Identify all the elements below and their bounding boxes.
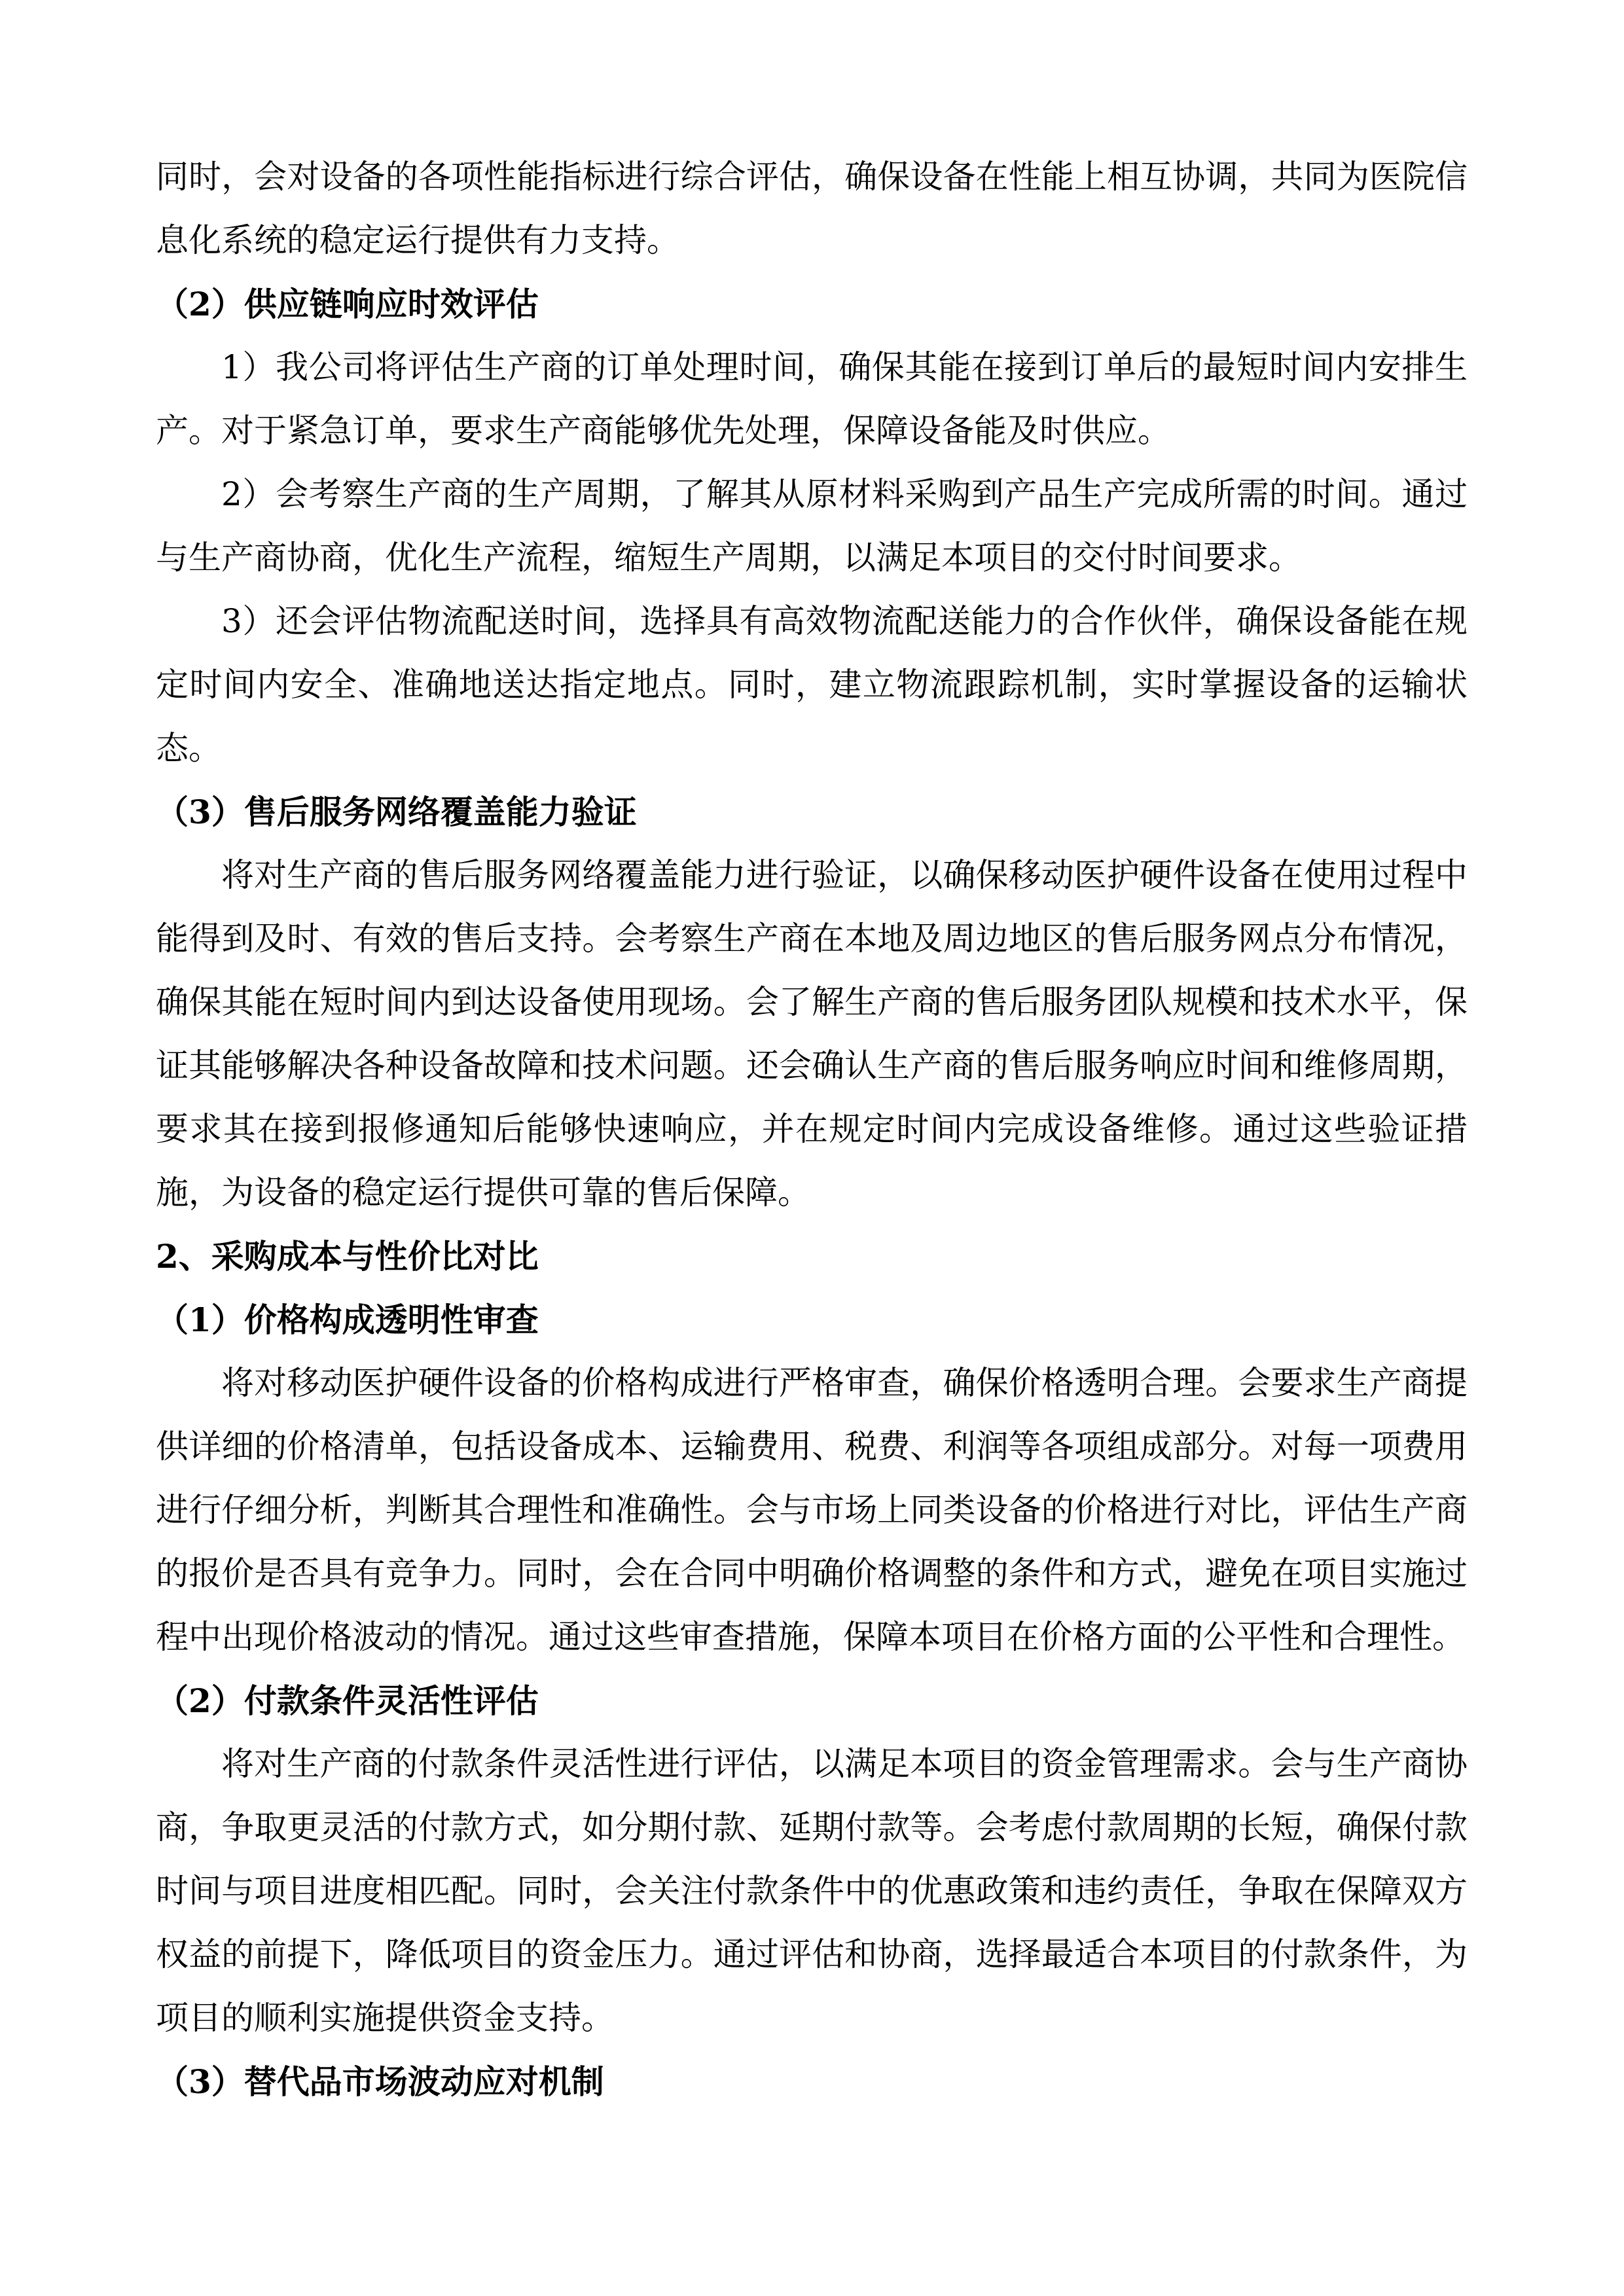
- section-heading-payment-terms: （2）付款条件灵活性评估: [156, 1669, 1468, 1732]
- section-heading-after-sales-network: （3）售后服务网络覆盖能力验证: [156, 780, 1468, 844]
- section-heading-supply-chain-response: （2）供应链响应时效评估: [156, 272, 1468, 336]
- document-body: 同时，会对设备的各项性能指标进行综合评估，确保设备在性能上相互协调，共同为医院信…: [156, 145, 1468, 2113]
- paragraph-price-review: 将对移动医护硬件设备的价格构成进行严格审查，确保价格透明合理。会要求生产商提供详…: [156, 1352, 1468, 1669]
- document-page: 同时，会对设备的各项性能指标进行综合评估，确保设备在性能上相互协调，共同为医院信…: [0, 0, 1624, 2296]
- section-heading-procurement-cost-comparison: 2、采购成本与性价比对比: [156, 1225, 1468, 1288]
- paragraph-production-cycle: 2）会考察生产商的生产周期，了解其从原材料采购到产品生产完成所需的时间。通过与生…: [156, 463, 1468, 590]
- paragraph-payment-evaluation: 将对生产商的付款条件灵活性进行评估，以满足本项目的资金管理需求。会与生产商协商，…: [156, 1732, 1468, 2050]
- paragraph-logistics-delivery: 3）还会评估物流配送时间，选择具有高效物流配送能力的合作伙伴，确保设备能在规定时…: [156, 590, 1468, 780]
- paragraph-continuation: 同时，会对设备的各项性能指标进行综合评估，确保设备在性能上相互协调，共同为医院信…: [156, 145, 1468, 272]
- paragraph-after-sales-verification: 将对生产商的售后服务网络覆盖能力进行验证，以确保移动医护硬件设备在使用过程中能得…: [156, 844, 1468, 1225]
- section-heading-price-transparency: （1）价格构成透明性审查: [156, 1288, 1468, 1352]
- paragraph-order-processing: 1）我公司将评估生产商的订单处理时间，确保其能在接到订单后的最短时间内安排生产。…: [156, 336, 1468, 463]
- section-heading-substitute-market-fluctuation: （3）替代品市场波动应对机制: [156, 2050, 1468, 2113]
